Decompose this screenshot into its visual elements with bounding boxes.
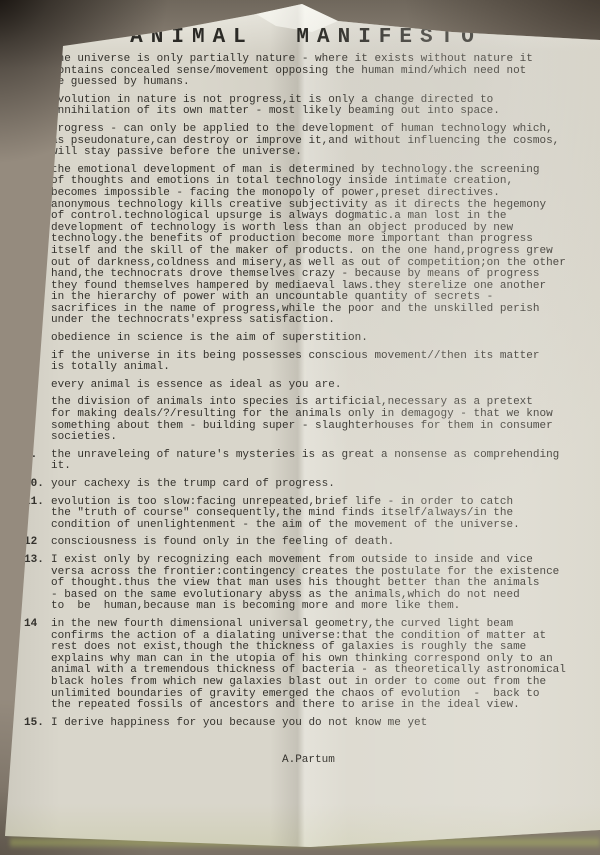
item-text: consciousness is found only in the feeli… bbox=[51, 537, 588, 549]
document-title: ANIMAL MANIFESTO bbox=[24, 26, 588, 50]
item-text: in the new fourth dimensional universal … bbox=[51, 619, 588, 712]
manifesto-item: 10.your cachexy is the trump card of pro… bbox=[24, 479, 588, 491]
item-text: progress - can only be applied to the de… bbox=[51, 124, 588, 159]
manifesto-item: 8.the division of animals into species i… bbox=[24, 397, 588, 443]
manifesto-item: 1.the universe is only partially nature … bbox=[24, 54, 588, 89]
item-number: 14 bbox=[24, 619, 51, 712]
manifesto-item: 12consciousness is found only in the fee… bbox=[24, 537, 588, 549]
manifesto-item: 7.every animal is essence as ideal as yo… bbox=[24, 380, 588, 392]
item-text: obedience in science is the aim of super… bbox=[51, 333, 588, 345]
item-text: if the universe in its being possesses c… bbox=[51, 351, 588, 374]
item-number: 3. bbox=[24, 124, 51, 159]
item-text: evolution in nature is not progress,it i… bbox=[51, 95, 588, 118]
manifesto-item: 6.if the universe in its being possesses… bbox=[24, 351, 588, 374]
item-text: the universe is only partially nature - … bbox=[51, 54, 588, 89]
item-number: 8. bbox=[24, 397, 51, 443]
item-number: 9. bbox=[24, 450, 51, 473]
manifesto-content: ANIMAL MANIFESTO 1.the universe is only … bbox=[0, 0, 600, 767]
manifesto-item: 11.evolution is too slow:facing unrepeat… bbox=[24, 497, 588, 532]
item-text: I derive happiness for you because you d… bbox=[51, 718, 588, 730]
manifesto-item: 4.the emotional development of man is de… bbox=[24, 165, 588, 327]
item-number: 2. bbox=[24, 95, 51, 118]
manifesto-item: 5.obedience in science is the aim of sup… bbox=[24, 333, 588, 345]
item-number: 10. bbox=[24, 479, 51, 491]
item-number: 5. bbox=[24, 333, 51, 345]
item-text: the emotional development of man is dete… bbox=[51, 165, 588, 327]
manifesto-item: 9.the unraveleing of nature's mysteries … bbox=[24, 450, 588, 473]
item-number: 7. bbox=[24, 380, 51, 392]
manifesto-item: 3.progress - can only be applied to the … bbox=[24, 124, 588, 159]
manifesto-item: 14in the new fourth dimensional universa… bbox=[24, 619, 588, 712]
item-text: every animal is essence as ideal as you … bbox=[51, 380, 588, 392]
item-number: 1. bbox=[24, 54, 51, 89]
item-text: I exist only by recognizing each movemen… bbox=[51, 555, 588, 613]
item-number: 4. bbox=[24, 165, 51, 327]
item-number: 6. bbox=[24, 351, 51, 374]
item-text: your cachexy is the trump card of progre… bbox=[51, 479, 588, 491]
item-number: 13. bbox=[24, 555, 51, 613]
item-text: evolution is too slow:facing unrepeated,… bbox=[51, 497, 588, 532]
manifesto-items: 1.the universe is only partially nature … bbox=[24, 54, 588, 729]
item-text: the unraveleing of nature's mysteries is… bbox=[51, 450, 588, 473]
manifesto-item: 15.I derive happiness for you because yo… bbox=[24, 718, 588, 730]
item-number: 12 bbox=[24, 537, 51, 549]
manifesto-paper: ANIMAL MANIFESTO 1.the universe is only … bbox=[0, 0, 600, 855]
item-number: 11. bbox=[24, 497, 51, 532]
item-text: the division of animals into species is … bbox=[51, 397, 588, 443]
photo-background: ANIMAL MANIFESTO 1.the universe is only … bbox=[0, 0, 600, 855]
manifesto-item: 13.I exist only by recognizing each move… bbox=[24, 555, 588, 613]
item-number: 15. bbox=[24, 718, 51, 730]
signature: A.Partum bbox=[24, 755, 588, 767]
manifesto-item: 2.evolution in nature is not progress,it… bbox=[24, 95, 588, 118]
